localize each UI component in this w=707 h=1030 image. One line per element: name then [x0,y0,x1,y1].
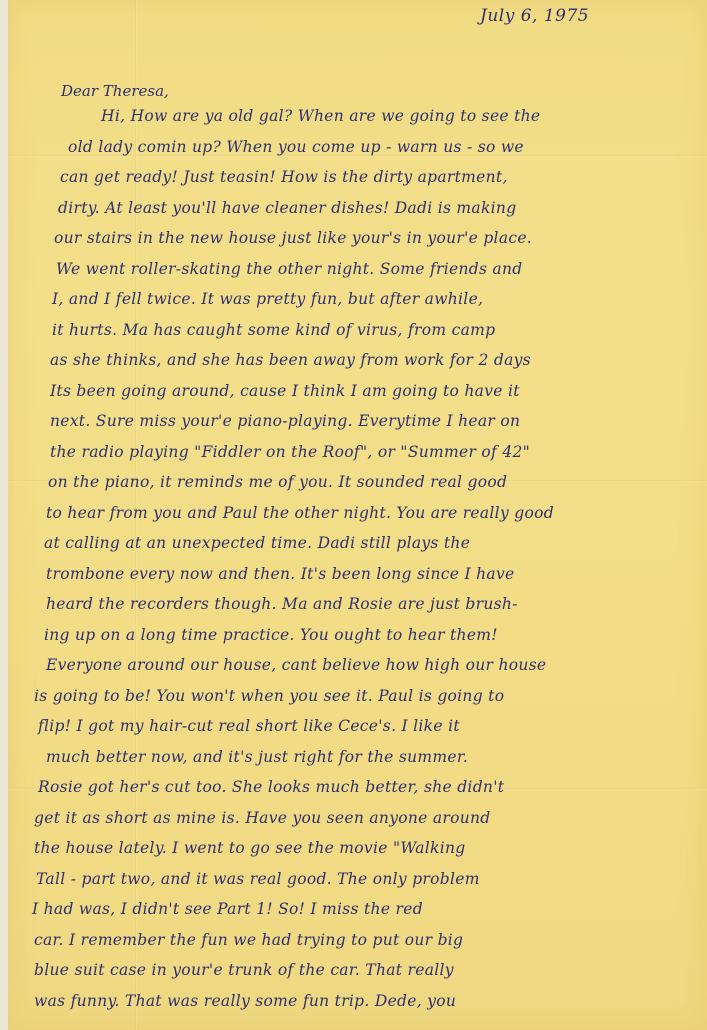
letter-line: to hear from you and Paul the other nigh… [46,504,554,522]
letter-line: heard the recorders though. Ma and Rosie… [46,595,518,613]
letter-line: dirty. At least you'll have cleaner dish… [58,199,516,217]
letter-line: it hurts. Ma has caught some kind of vir… [52,321,495,339]
letter-line: I, and I fell twice. It was pretty fun, … [52,290,483,308]
letter-line: Tall - part two, and it was real good. T… [36,870,480,888]
letter-line: Hi, How are ya old gal? When are we goin… [101,107,540,125]
letter-line: Rosie got her's cut too. She looks much … [38,778,504,796]
letter-line: at calling at an unexpected time. Dadi s… [44,534,470,552]
letter-line: I had was, I didn't see Part 1! So! I mi… [32,900,423,918]
handwritten-letter: July 6, 1975 Dear Theresa, Hi, How are y… [8,0,707,1030]
letter-line: Everyone around our house, cant believe … [46,656,546,674]
letter-line: ing up on a long time practice. You ough… [44,626,498,644]
letter-line: trombone every now and then. It's been l… [46,565,514,583]
letter-line: is going to be! You won't when you see i… [34,687,504,705]
letter-line: on the piano, it reminds me of you. It s… [48,473,507,491]
letter-line: We went roller-skating the other night. … [56,260,522,278]
letter-date: July 6, 1975 [480,6,589,26]
letter-line: get it as short as mine is. Have you see… [34,809,491,827]
letter-line: can get ready! Just teasin! How is the d… [60,168,508,186]
letter-line: blue suit case in your'e trunk of the ca… [34,961,454,979]
letter-line: as she thinks, and she has been away fro… [50,351,531,369]
letter-line: flip! I got my hair-cut real short like … [38,717,460,735]
letter-line: car. I remember the fun we had trying to… [34,931,463,949]
letter-line: our stairs in the new house just like yo… [54,229,532,247]
letter-paper: July 6, 1975 Dear Theresa, Hi, How are y… [8,0,707,1030]
letter-line: next. Sure miss your'e piano-playing. Ev… [50,412,520,430]
letter-salutation: Dear Theresa, [61,82,169,100]
letter-line: much better now, and it's just right for… [46,748,468,766]
letter-line: old lady comin up? When you come up - wa… [68,138,524,156]
letter-line: Its been going around, cause I think I a… [50,382,520,400]
letter-line: the house lately. I went to go see the m… [34,839,466,857]
letter-line: was funny. That was really some fun trip… [34,992,456,1010]
letter-line: the radio playing "Fiddler on the Roof",… [50,443,530,461]
